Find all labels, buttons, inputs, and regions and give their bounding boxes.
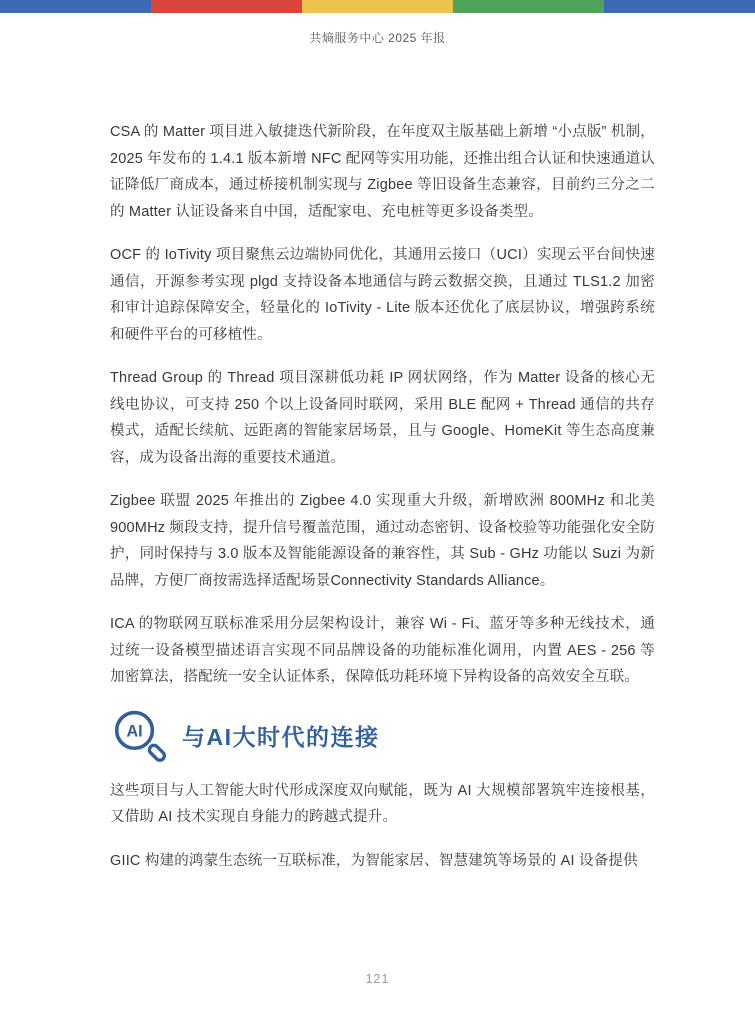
ai-magnifier-icon: AI	[110, 708, 168, 764]
content-area: CSA 的 Matter 项目进入敏捷迭代新阶段，在年度双主版基础上新增 “小点…	[0, 47, 755, 874]
paragraph-giic-harmony: GIIC 构建的鸿蒙生态统一互联标准，为智能家居、智慧建筑等场景的 AI 设备提…	[110, 848, 655, 875]
paragraph-ica: ICA 的物联网互联标准采用分层架构设计，兼容 Wi - Fi、蓝牙等多种无线技…	[110, 611, 655, 691]
page-footer: 121	[0, 972, 755, 986]
ai-icon-label: AI	[126, 722, 142, 740]
section-heading: AI 与AI大时代的连接	[110, 708, 655, 764]
paragraph-zigbee: Zigbee 联盟 2025 年推出的 Zigbee 4.0 实现重大升级，新增…	[110, 488, 655, 594]
color-segment-yellow	[302, 0, 453, 13]
page-header-title: 共熵服务中心 2025 年报	[0, 30, 755, 47]
top-color-bar	[0, 0, 755, 13]
section-title: 与AI大时代的连接	[182, 719, 380, 752]
paragraph-ai-empower: 这些项目与人工智能大时代形成深度双向赋能，既为 AI 大规模部署筑牢连接根基，又…	[110, 778, 655, 831]
color-segment-blue-2	[604, 0, 755, 13]
page-number: 121	[366, 972, 390, 986]
report-page: 共熵服务中心 2025 年报 CSA 的 Matter 项目进入敏捷迭代新阶段，…	[0, 0, 755, 1024]
paragraph-ocf-iotivity: OCF 的 IoTivity 项目聚焦云边端协同优化，其通用云接口（UCI）实现…	[110, 242, 655, 348]
paragraph-csa-matter: CSA 的 Matter 项目进入敏捷迭代新阶段，在年度双主版基础上新增 “小点…	[110, 119, 655, 225]
color-segment-blue-1	[0, 0, 151, 13]
color-segment-green	[453, 0, 604, 13]
color-segment-red	[151, 0, 302, 13]
paragraph-thread-group: Thread Group 的 Thread 项目深耕低功耗 IP 网状网络，作为…	[110, 365, 655, 471]
